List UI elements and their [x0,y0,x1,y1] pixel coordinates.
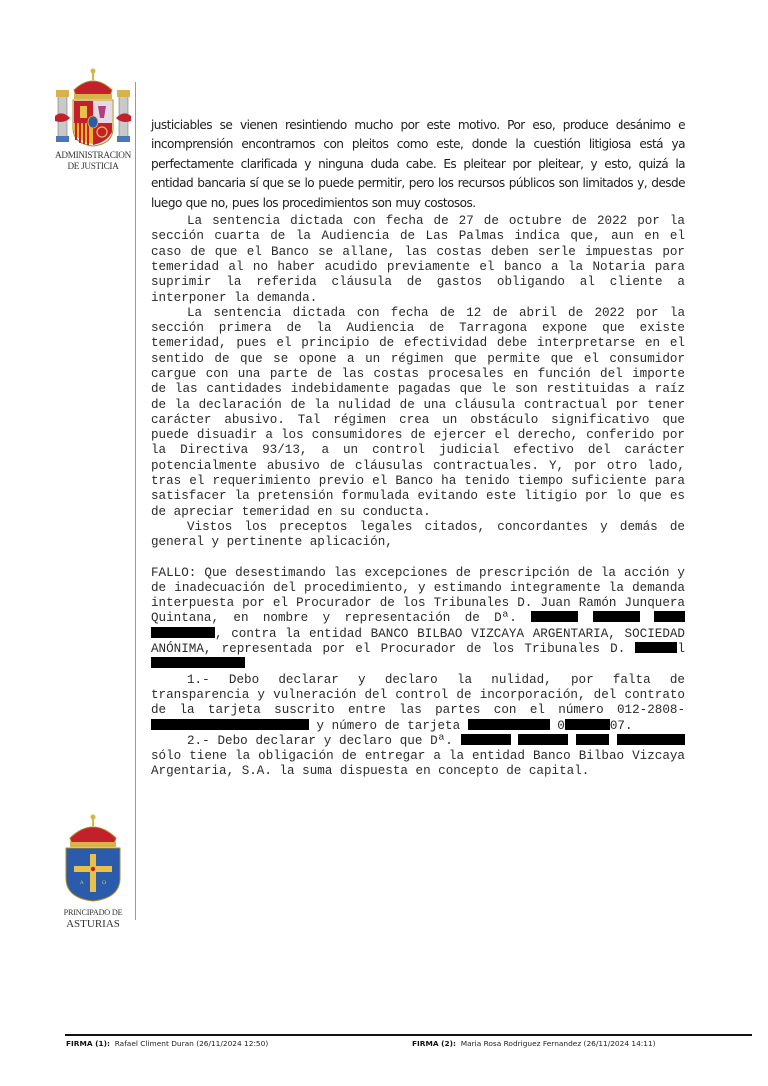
item2-text-part1: 2.- Debo declarar y declaro que Dª. [187,734,453,748]
redacted-name [151,627,215,638]
signature-2: FIRMA (2): Maria Rosa Rodriguez Fernande… [412,1039,656,1048]
item1-text-part1: 1.- Debo declarar y declaro la nulidad, … [151,673,685,718]
redacted-name [461,734,511,745]
spain-coat-of-arms-icon [54,66,132,148]
svg-text:Ω: Ω [102,880,106,886]
asturias-coat-of-arms-icon: A Ω [58,812,128,902]
redacted-name [531,611,578,622]
item1-text-part2: y número de tarjeta [309,719,468,733]
logo-caption-line2: DE JUSTICIA [54,161,132,171]
redacted-name [593,611,640,622]
paragraph-vistos: Vistos los preceptos legales citados, co… [151,520,685,551]
principado-asturias-logo: A Ω PRINCIPADO DE ASTURIAS [58,812,128,934]
logo-caption-line2: ASTURIAS [58,918,128,930]
item2-text-part2: sólo tiene la obligación de entregar a l… [151,749,685,778]
signature-1-label: FIRMA (1): [66,1039,110,1048]
redacted-name [518,734,568,745]
redacted-card-number [565,719,610,730]
footer-divider-line [65,1034,752,1036]
item1-text-part4: 07. [610,719,633,733]
signature-1-value: Rafael Climent Duran (26/11/2024 12:50) [115,1039,269,1048]
fallo-text-part3: l [677,642,685,656]
fallo-text-part2: , contra la entidad BANCO BILBAO VIZCAYA… [151,627,685,656]
svg-text:A: A [79,880,84,886]
redacted-name [617,734,685,745]
administracion-justicia-logo: ADMINISTRACION DE JUSTICIA [54,66,132,174]
document-body: justiciables se vienen resintiendo mucho… [151,116,685,780]
logo-caption-line1: PRINCIPADO DE [58,908,128,917]
intro-paragraph: justiciables se vienen resintiendo mucho… [151,116,685,213]
fallo-item-2: 2.- Debo declarar y declaro que Dª. sólo… [151,734,685,780]
signature-2-label: FIRMA (2): [412,1039,456,1048]
paragraph-tarragona: La sentencia dictada con fecha de 12 de … [151,306,685,520]
signature-1: FIRMA (1): Rafael Climent Duran (26/11/2… [66,1039,268,1048]
fallo-paragraph: FALLO: Que desestimando las excepciones … [151,566,685,673]
redacted-name [576,734,609,745]
item1-text-part3: 0 [557,719,565,733]
redacted-card-number [468,719,550,730]
redacted-contract-number [151,719,309,730]
redacted-name [151,657,245,668]
margin-divider-line [135,82,136,920]
logo-caption-line1: ADMINISTRACION [54,150,132,160]
redacted-name [654,611,685,622]
signature-2-value: Maria Rosa Rodriguez Fernandez (26/11/20… [461,1039,656,1048]
fallo-item-1: 1.- Debo declarar y declaro la nulidad, … [151,673,685,734]
paragraph-las-palmas: La sentencia dictada con fecha de 27 de … [151,214,685,306]
redacted-name [635,642,677,653]
